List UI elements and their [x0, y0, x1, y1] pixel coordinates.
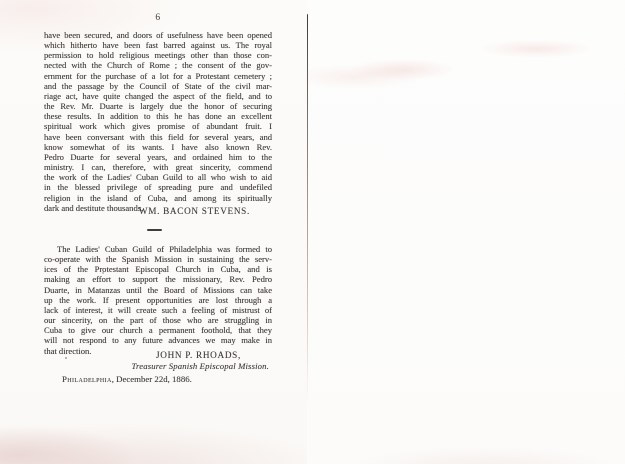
text-line: nected with the Church of Rome ; the con…	[44, 60, 272, 70]
text-line: our sincerity, on the part of those who …	[44, 315, 272, 325]
left-page: 6 have been secured, and doors of useful…	[0, 0, 307, 464]
dateline: Philadelphia, December 22d, 1886.	[44, 374, 272, 384]
text-line: have been conversant with this field for…	[44, 132, 272, 142]
scan-speck	[102, 272, 104, 274]
text-line: ernment for the purchase of a lot for a …	[44, 71, 272, 81]
text-line: co-operate with the Spanish Mission in s…	[44, 254, 272, 264]
text-line: making an effort to support the missiona…	[44, 274, 272, 284]
book-scan: 6 have been secured, and doors of useful…	[0, 0, 625, 464]
dateline-rest: , December 22d, 1886.	[112, 374, 192, 384]
paragraph-2: The Ladies' Cuban Guild of Philadelphia …	[44, 244, 272, 356]
scan-speck	[65, 357, 67, 359]
text-line: Pedro Duarte for several years, and orda…	[44, 152, 272, 162]
text-line: and the passage by the Council of State …	[44, 81, 272, 91]
text-line: riage act, have quite changed the aspect…	[44, 91, 272, 101]
text-line: spiritual work which gives promise of ab…	[44, 121, 272, 131]
paragraph-1: have been secured, and doors of usefulne…	[44, 30, 272, 213]
signature-wm-bacon-stevens: WM. BACON STEVENS.	[44, 206, 272, 216]
text-line: permission to hold religious meetings ot…	[44, 50, 272, 60]
text-line: religion in the island of Cuba, and amon…	[44, 193, 272, 203]
text-line: up the work. If present opportunities ar…	[44, 295, 272, 305]
text-line: The Ladies' Cuban Guild of Philadelphia …	[44, 244, 272, 254]
text-line: in the blessed privilege of spreading pu…	[44, 182, 272, 192]
text-line: lack of interest, it will create such a …	[44, 305, 272, 315]
text-line: the work of the Ladies' Cuban Guild to a…	[44, 172, 272, 182]
text-line: ministry. I can, therefore, with great s…	[44, 162, 272, 172]
section-divider-rule	[147, 229, 162, 231]
text-line: Duarte, in Matanzas until the Board of M…	[44, 285, 272, 295]
text-line: which hitherto have been fast barred aga…	[44, 40, 272, 50]
text-line: the Rev. Mr. Duarte is largely due the h…	[44, 101, 272, 111]
signature-title-treasurer: Treasurer Spanish Episcopal Mission.	[44, 361, 272, 371]
signature-john-p-rhoads: JOHN P. RHOADS,	[44, 350, 272, 360]
text-line: these results. In addition to this he ha…	[44, 111, 272, 121]
text-line: will not respond to any future advances …	[44, 335, 272, 345]
text-line: Cuba to give our church a permanent foot…	[44, 325, 272, 335]
text-line: have been secured, and doors of usefulne…	[44, 30, 272, 40]
page-number: 6	[44, 13, 272, 23]
right-blank-page	[308, 0, 625, 464]
text-line: know somewhat of its wants. I have also …	[44, 142, 272, 152]
dateline-place: Philadelphia	[62, 374, 112, 384]
text-line: ices of the Protestant Episcopal Church …	[44, 264, 272, 274]
